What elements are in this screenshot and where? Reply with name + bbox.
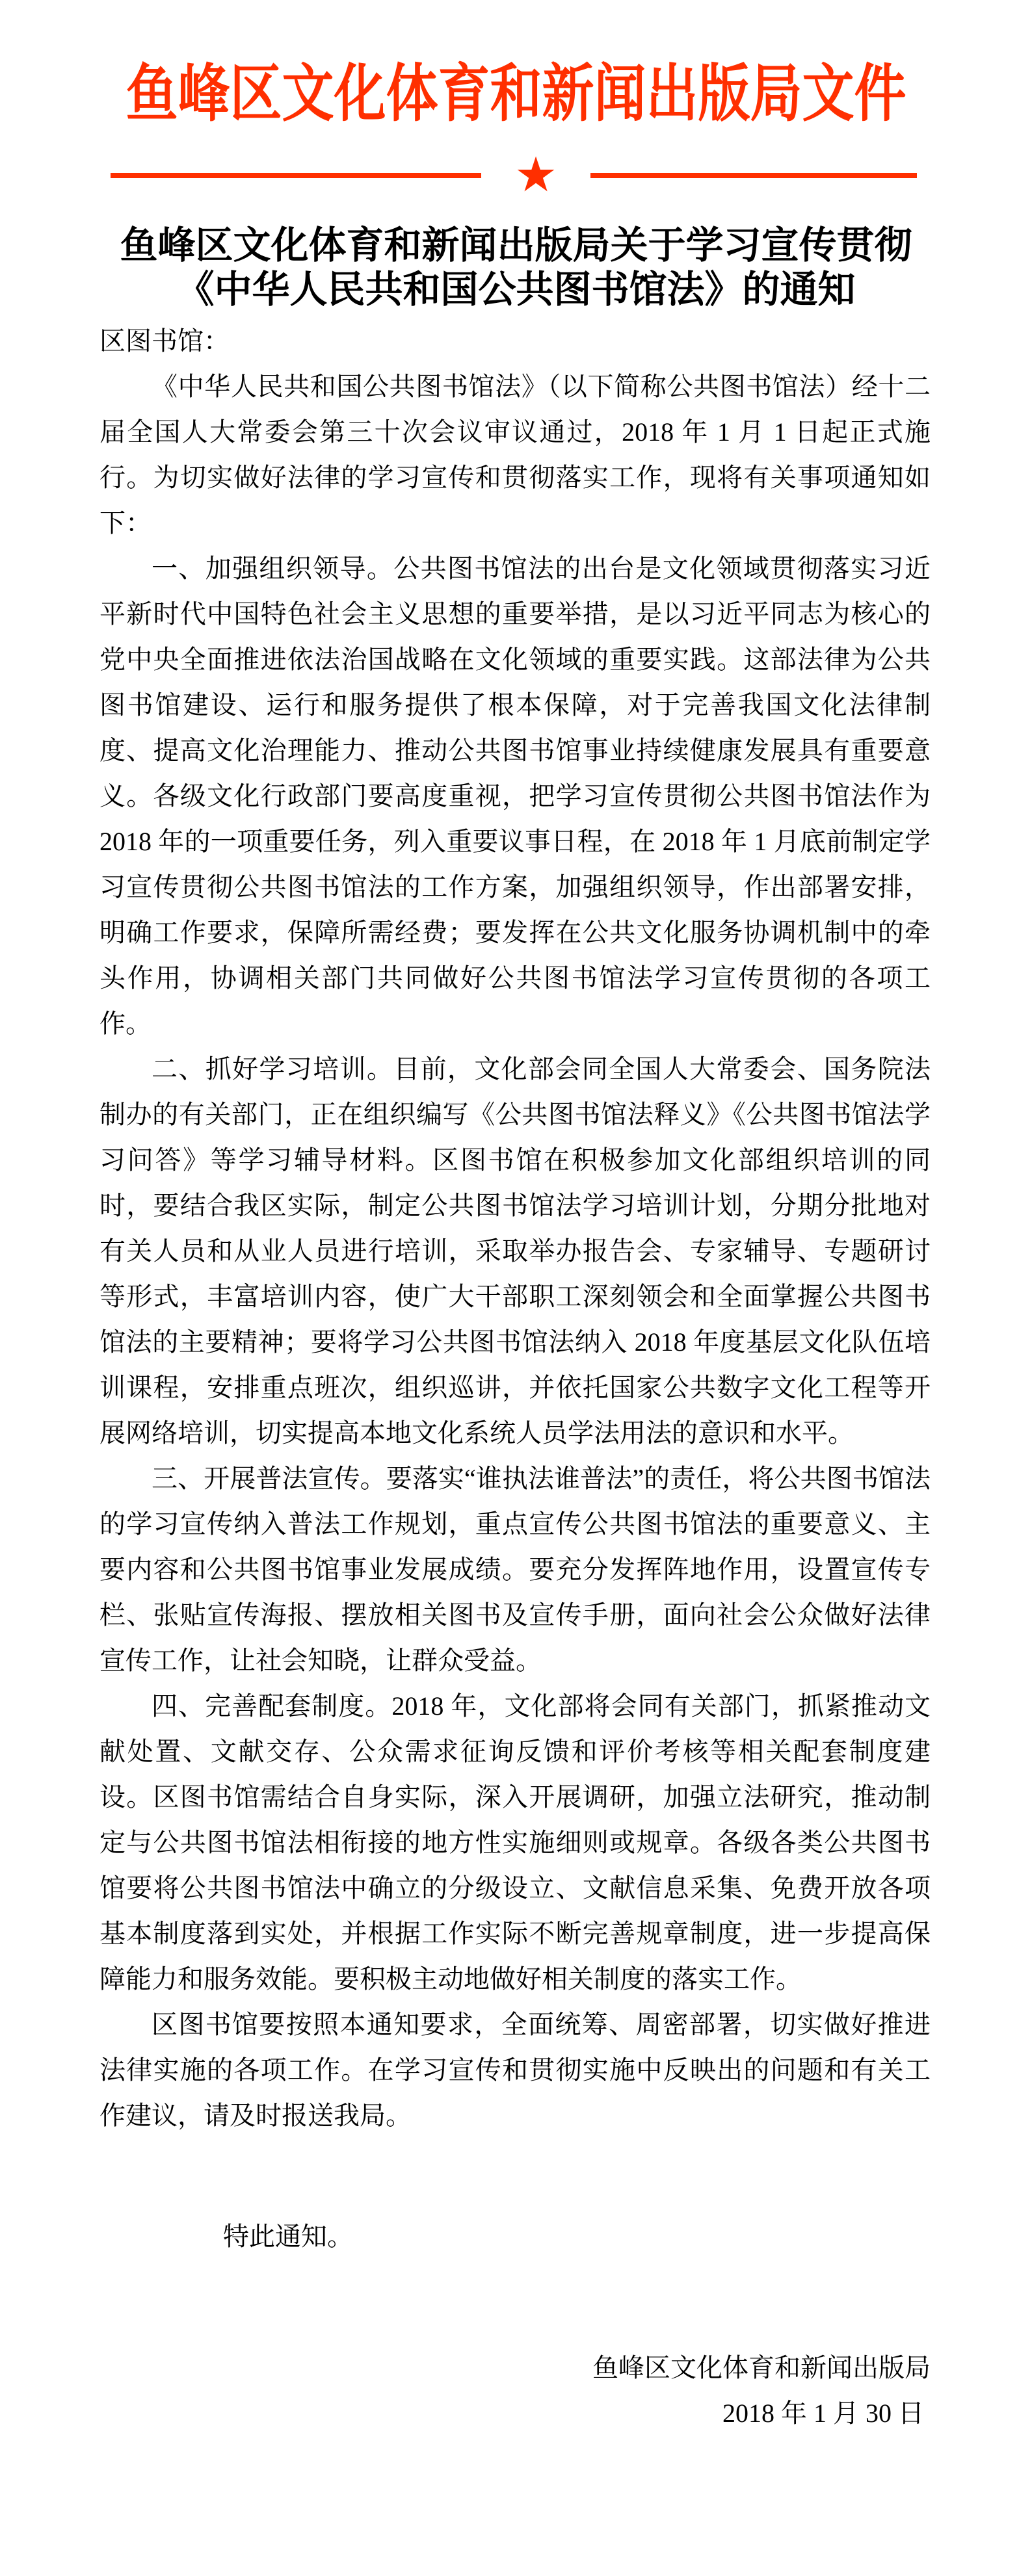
signature-block: 鱼峰区文化体育和新闻出版局 2018 年 1 月 30 日 [99, 2345, 931, 2436]
addressee: 区图书馆： [99, 319, 931, 364]
issue-date: 2018 年 1 月 30 日 [99, 2391, 931, 2436]
paragraph-section-3: 三、开展普法宣传。要落实“谁执法谁普法”的责任，将公共图书馆法的学习宣传纳入普法… [99, 1456, 931, 1684]
document-title: 鱼峰区文化体育和新闻出版局关于学习宣传贯彻 《中华人民共和国公共图书馆法》的通知 [0, 224, 1032, 312]
paragraph-section-4: 四、完善配套制度。2018 年，文化部将会同有关部门，抓紧推动文献处置、文献交存… [99, 1684, 931, 2002]
document-title-line-1: 鱼峰区文化体育和新闻出版局关于学习宣传贯彻 [0, 224, 1032, 268]
closing-note: 特此通知。 [99, 2214, 931, 2259]
paragraph-intro: 《中华人民共和国公共图书馆法》（以下简称公共图书馆法）经十二届全国人大常委会第三… [99, 364, 931, 546]
paragraph-final-requirements: 区图书馆要按照本通知要求，全面统筹、周密部署，切实做好推进法律实施的各项工作。在… [99, 2002, 931, 2139]
document-body: 区图书馆： 《中华人民共和国公共图书馆法》（以下简称公共图书馆法）经十二届全国人… [99, 319, 931, 2436]
issuing-agency: 鱼峰区文化体育和新闻出版局 [99, 2345, 931, 2391]
red-header-banner: 鱼峰区文化体育和新闻出版局文件 [0, 0, 1032, 116]
divider-rule-right [590, 173, 917, 178]
divider-rule-left [111, 173, 481, 178]
header-divider: ★ [0, 156, 1032, 195]
document-title-line-2: 《中华人民共和国公共图书馆法》的通知 [0, 268, 1032, 312]
paragraph-section-1: 一、加强组织领导。公共图书馆法的出台是文化领域贯彻落实习近平新时代中国特色社会主… [99, 546, 931, 1047]
agency-file-banner-title: 鱼峰区文化体育和新闻出版局文件 [126, 64, 906, 126]
star-icon: ★ [514, 156, 557, 195]
paragraph-section-2: 二、抓好学习培训。目前，文化部会同全国人大常委会、国务院法制办的有关部门，正在组… [99, 1047, 931, 1456]
official-document: 鱼峰区文化体育和新闻出版局文件 ★ 鱼峰区文化体育和新闻出版局关于学习宣传贯彻 … [0, 0, 1032, 2576]
